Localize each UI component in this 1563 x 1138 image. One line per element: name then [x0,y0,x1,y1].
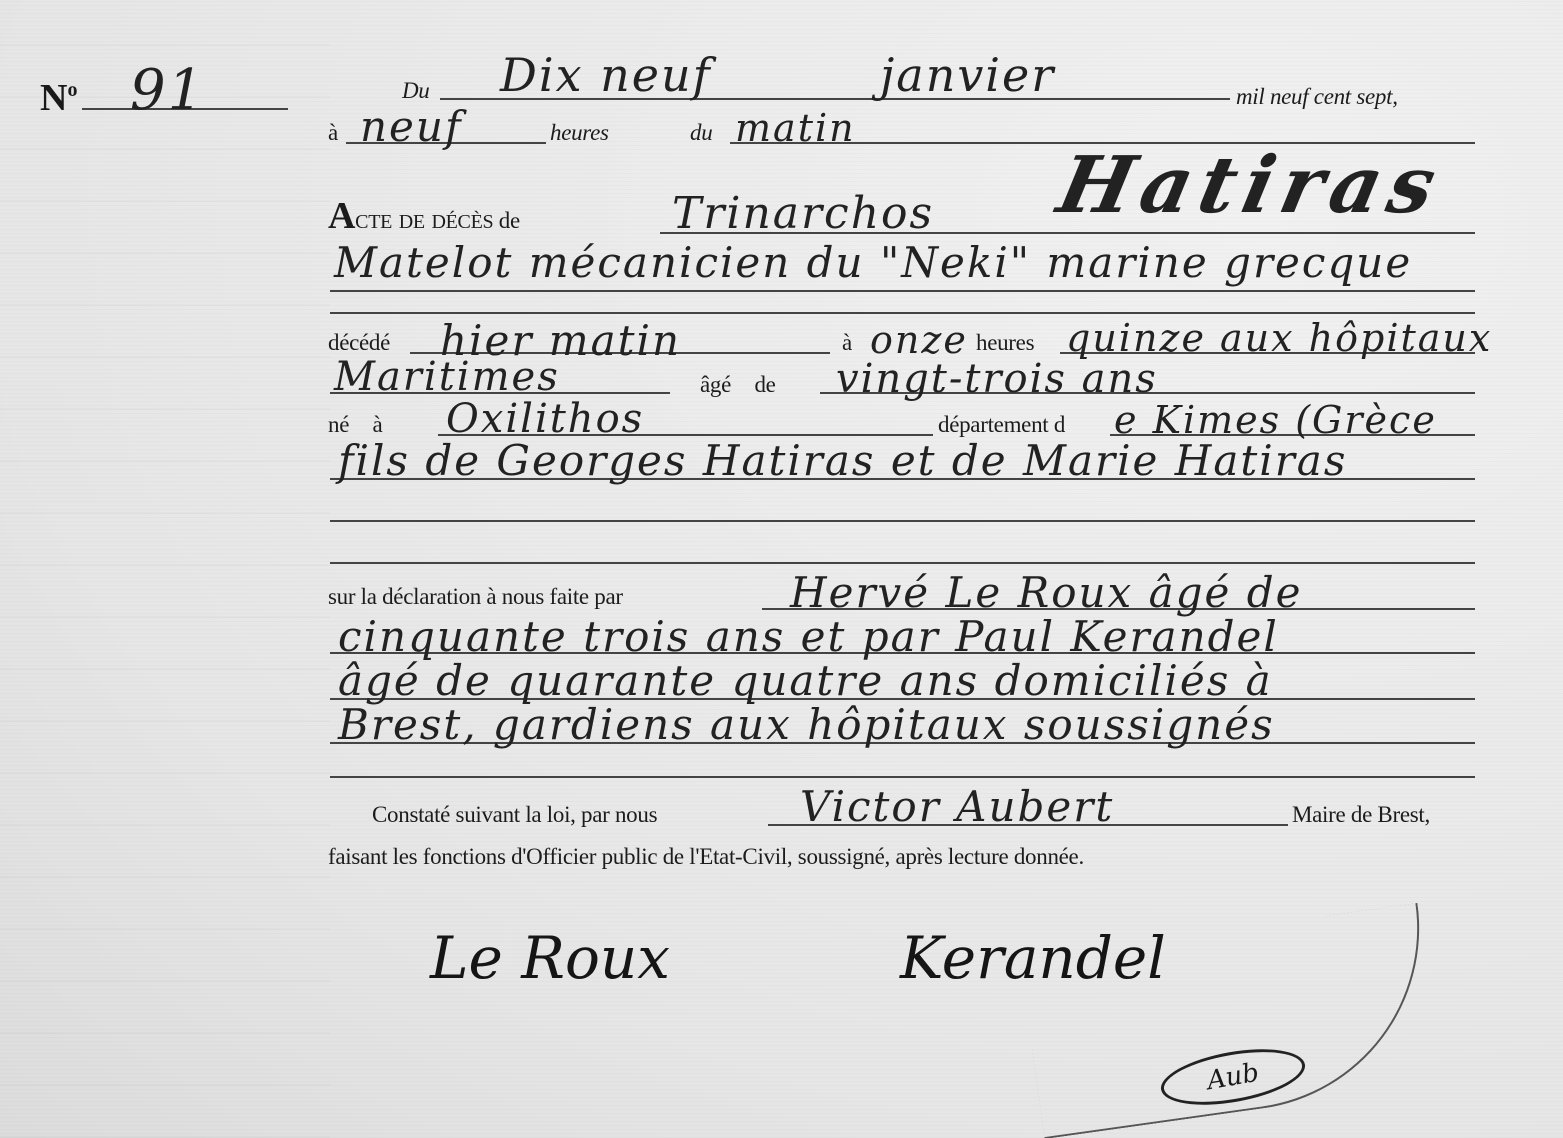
date-day: Dix neuf [500,48,712,102]
signature-witness-1: Le Roux [430,924,670,992]
declaration-label: sur la déclaration à nous faite par [328,584,623,610]
declaration-cont-2: âgé de quarante quatre ans domiciliés à [338,656,1273,705]
occupation: Matelot mécanicien du "Neki" marine grec… [334,238,1412,287]
death-place-start: quinze aux hôpitaux [1066,316,1492,360]
parents: fils de Georges Hatiras et de Marie Hati… [338,436,1347,485]
age-value: vingt-trois ans [836,356,1158,402]
du-label: Du [402,78,430,104]
constate-label: Constaté suivant la loi, par nous [372,802,657,828]
closing-text: faisant les fonctions d'Officier public … [328,844,1084,870]
document-title: Acte de décès de [328,194,520,238]
a-label: à [328,120,338,146]
declaration-cont-3: Brest, gardiens aux hôpitaux soussignés [338,700,1275,749]
record-number-label: No [40,76,77,120]
blank-rule-3 [330,562,1475,564]
a-label-2: à [842,330,852,356]
heures-label-2: heures [976,330,1034,356]
surname: Hatiras [1050,140,1451,231]
heures-label: heures [550,120,609,146]
ne-a-label: né à [328,412,382,438]
time-period: matin [735,106,856,150]
departement-label: département d [938,412,1065,438]
given-name: Trinarchos [672,188,934,239]
bleed-through-margin [0,0,330,1138]
declarant-1: Hervé Le Roux âgé de [790,568,1302,617]
declaration-cont-1: cinquante trois ans et par Paul Kerandel [338,612,1279,661]
occupation-rule [330,290,1475,292]
age-label: âgé de [700,372,776,398]
decede-label: décédé [328,330,390,356]
death-place-end: Maritimes [334,354,560,400]
record-number-value: 91 [130,58,205,123]
blank-rule-2 [330,520,1475,522]
blank-rule-4 [330,776,1475,778]
blank-rule-1 [330,312,1475,314]
time-hour: neuf [360,102,463,151]
du-label-2: du [690,120,712,146]
officer-title: Maire de Brest, [1292,802,1430,828]
officer-name: Victor Aubert [800,782,1114,831]
date-month: janvier [880,48,1055,102]
date-year-printed: mil neuf cent sept, [1236,84,1398,110]
